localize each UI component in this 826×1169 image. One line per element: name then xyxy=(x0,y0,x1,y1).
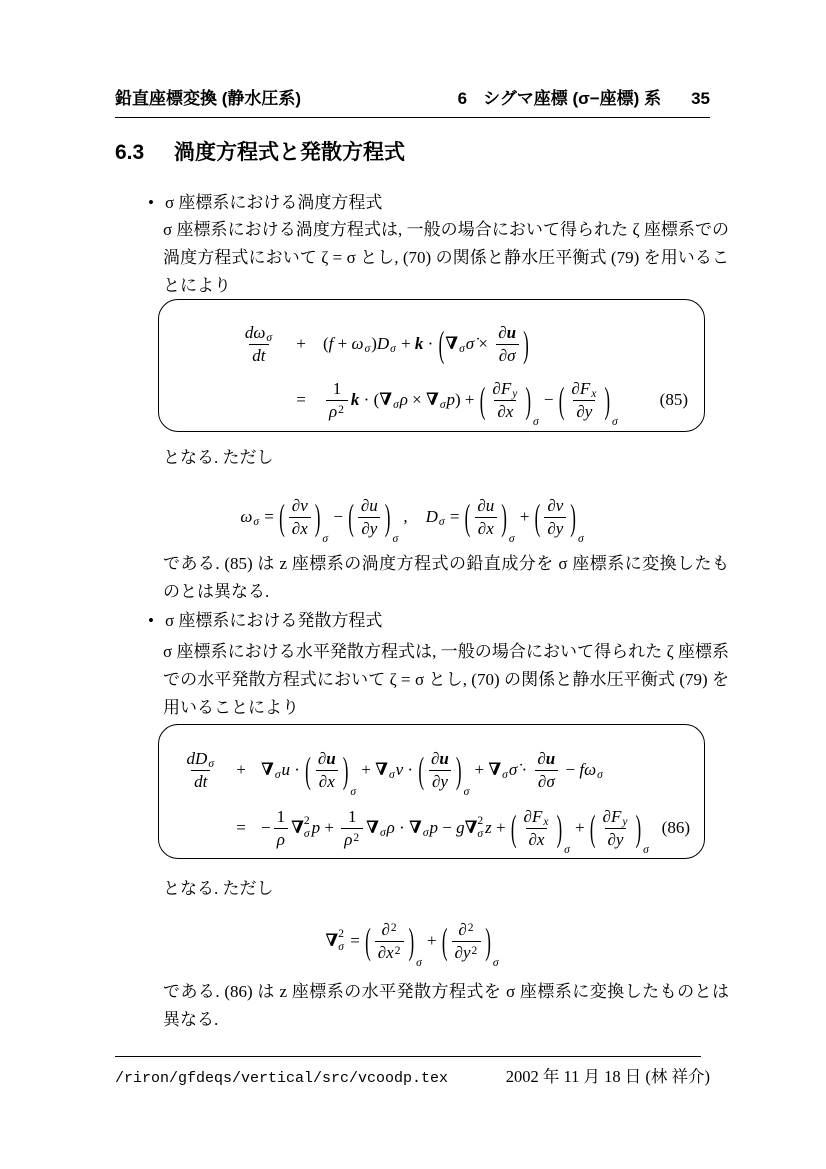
page-footer: /riron/gfdeqs/vertical/src/vcoodp.tex 20… xyxy=(115,1063,710,1087)
section-number: 6.3 xyxy=(115,141,144,164)
definition-laplacian-math: ∇2σ = (∂2∂x2)σ + (∂2∂y2)σ xyxy=(325,919,499,963)
equation-86-line-2: = −1ρ∇2σp + 1ρ2∇σρ · ∇σp − g∇2σz + (∂Fx∂… xyxy=(159,799,698,857)
equation-86-rhs-2: −1ρ∇2σp + 1ρ2∇σρ · ∇σp − g∇2σz + (∂Fx∂x)… xyxy=(261,806,650,850)
section-heading: 6.3 渦度方程式と発散方程式 xyxy=(115,136,405,166)
source-file-path: /riron/gfdeqs/vertical/src/vcoodp.tex xyxy=(115,1070,448,1087)
connector-text-2: となる. ただし xyxy=(163,877,274,901)
equation-box-86: dDσdt + ∇σu · (∂u∂x)σ + ∇σv · (∂u∂y)σ + … xyxy=(158,724,705,859)
document-page: 鉛直座標変換 (静水圧系) 6 シグマ座標 (σ−座標) 系 35 6.3 渦度… xyxy=(0,0,826,1169)
note-equation-86: である. (86) は z 座標系の水平発散方程式を σ 座標系に変換したものと… xyxy=(163,978,729,1034)
equation-85-operator-1: + xyxy=(279,334,323,354)
section-title: 渦度方程式と発散方程式 xyxy=(174,141,405,164)
equation-number-85: (85) xyxy=(660,390,696,410)
definition-vorticity-divergence: ωσ = (∂v∂x)σ − (∂u∂y)σ ,Dσ = (∂u∂x)σ + (… xyxy=(115,478,710,556)
equation-85-line-1: dωσdt + (f + ωσ)Dσ + k · (∇σσ̇ × ∂u∂σ) xyxy=(159,316,696,372)
footer-rule xyxy=(115,1056,701,1057)
equation-85-line-2: = 1ρ2k · (∇σρ × ∇σp) + (∂Fy∂x)σ − (∂Fx∂y… xyxy=(159,372,696,428)
paragraph-divergence-intro: σ 座標系における水平発散方程式は, 一般の場合において得られた ζ 座標系での… xyxy=(163,638,729,722)
bullet-title-text: σ 座標系における発散方程式 xyxy=(165,611,382,630)
bullet-item-vorticity-title: •σ 座標系における渦度方程式 xyxy=(148,192,382,214)
bullet-title-text: σ 座標系における渦度方程式 xyxy=(165,193,382,212)
equation-number-86: (86) xyxy=(662,818,698,838)
header-section-number: 6 xyxy=(458,89,467,109)
equation-86-line-1: dDσdt + ∇σu · (∂u∂x)σ + ∇σv · (∂u∂y)σ + … xyxy=(159,741,698,799)
equation-85-rhs-2: 1ρ2k · (∇σρ × ∇σp) + (∂Fy∂x)σ − (∂Fx∂y)σ xyxy=(323,378,619,422)
header-section-ref: 6 シグマ座標 (σ−座標) 系 35 xyxy=(458,84,710,109)
page-number: 35 xyxy=(691,89,710,109)
equation-86-rhs-1: ∇σu · (∂u∂x)σ + ∇σv · (∂u∂y)σ + ∇σσ̇ · ∂… xyxy=(261,748,604,792)
equation-86-operator-1: + xyxy=(221,760,261,780)
equation-86-lhs: dDσdt xyxy=(159,748,221,792)
header-running-title: 鉛直座標変換 (静水圧系) xyxy=(115,84,301,109)
bullet-item-divergence-title: •σ 座標系における発散方程式 xyxy=(148,610,382,632)
header-section-title: シグマ座標 (σ−座標) 系 xyxy=(483,84,661,109)
bullet-marker: • xyxy=(148,611,154,630)
connector-text-1: となる. ただし xyxy=(163,446,274,470)
page-header: 鉛直座標変換 (静水圧系) 6 シグマ座標 (σ−座標) 系 35 xyxy=(115,84,710,118)
equation-85-rhs-1: (f + ωσ)Dσ + k · (∇σσ̇ × ∂u∂σ) xyxy=(323,322,530,366)
equation-box-85: dωσdt + (f + ωσ)Dσ + k · (∇σσ̇ × ∂u∂σ) =… xyxy=(158,299,705,432)
equation-85-lhs: dωσdt xyxy=(159,322,279,366)
definition-laplacian: ∇2σ = (∂2∂x2)σ + (∂2∂y2)σ xyxy=(115,904,710,978)
bullet-marker: • xyxy=(148,193,154,212)
note-equation-85: である. (85) は z 座標系の渦度方程式の鉛直成分を σ 座標系に変換した… xyxy=(163,550,729,606)
definition-vorticity-divergence-math: ωσ = (∂v∂x)σ − (∂u∂y)σ ,Dσ = (∂u∂x)σ + (… xyxy=(240,495,584,539)
equation-86-operator-2: = xyxy=(221,818,261,838)
document-date: 2002 年 11 月 18 日 (林 祥介) xyxy=(506,1063,710,1087)
equation-85-operator-2: = xyxy=(279,390,323,410)
paragraph-vorticity-intro: σ 座標系における渦度方程式は, 一般の場合において得られた ζ 座標系での渦度… xyxy=(163,216,729,300)
